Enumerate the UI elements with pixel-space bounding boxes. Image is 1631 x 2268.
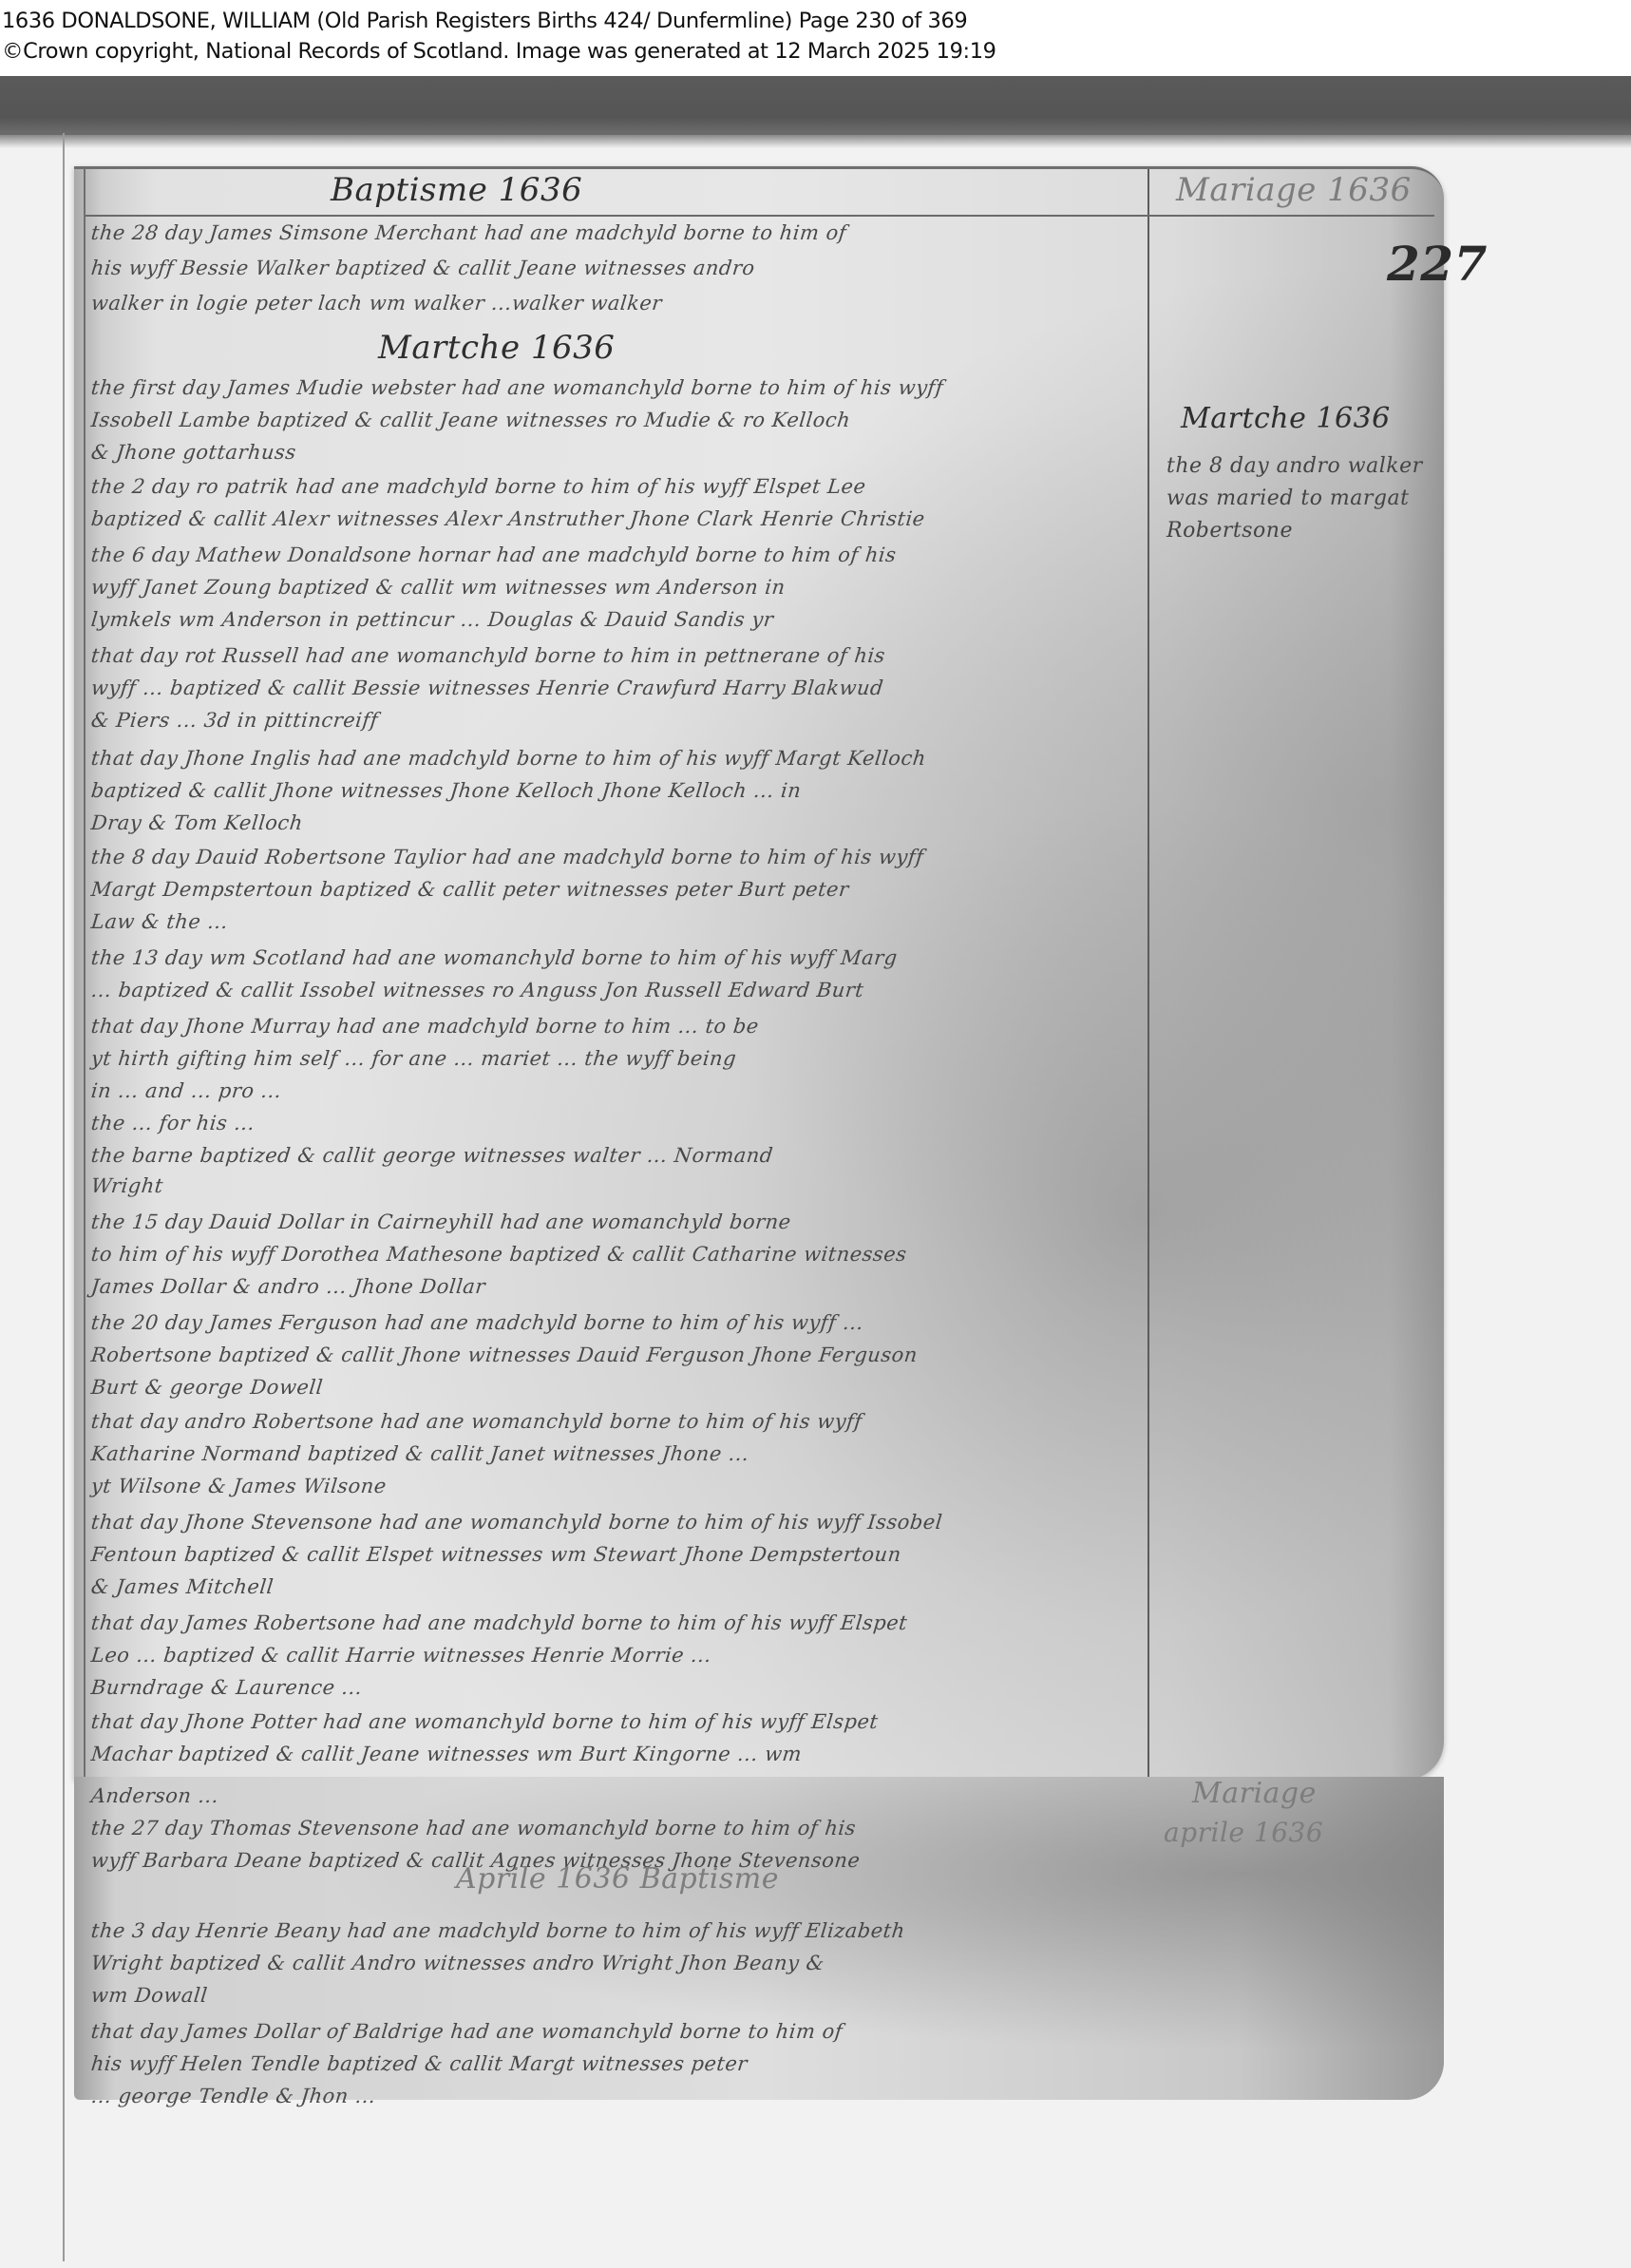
entry-line: Issobell Lambe baptized & callit Jeane w… [90,409,852,431]
heading-underline-rule [85,215,1434,217]
entry-line: Law & the ... [90,910,230,933]
entry-line: Wright [90,1174,164,1197]
entry-line: Anderson ... [90,1784,220,1807]
record-title-line: 1636 DONALDSONE, WILLIAM (Old Parish Reg… [2,6,1631,36]
entry-line: Margt Dempstertoun baptized & callit pet… [90,878,850,901]
section-heading-martche: Martche 1636 [378,329,615,367]
entry-line: the ... for his ... [90,1112,256,1134]
marginal-note-aprile: aprile 1636 [1164,1817,1323,1848]
entry-line: the 13 day wm Scotland had ane womanchyl… [90,946,899,969]
entry-line: James Dollar & andro ... Jhone Dollar [90,1275,487,1298]
entry-line: Wright baptized & callit Andro witnesses… [90,1952,825,1974]
column-divider-rule [1147,169,1149,1780]
entry-line: Dray & Tom Kelloch [90,811,304,834]
entry-line: that day rot Russell had ane womanchyld … [90,644,886,667]
entry-line: the 8 day Dauid Robertsone Taylior had a… [90,846,925,868]
entry-line: wyff Janet Zoung baptized & callit wm wi… [90,576,787,599]
scanner-shadow-band [0,76,1631,135]
entry-line: his wyff Bessie Walker baptized & callit… [90,257,756,279]
mariage-column-heading: Mariage 1636 [1176,171,1412,209]
marriage-note-line: the 8 day andro walker [1166,454,1423,478]
entry-line: Katharine Normand baptized & callit Jane… [90,1442,750,1465]
entry-line: ... baptized & callit Issobel witnesses … [90,979,865,1001]
entry-line: his wyff Helen Tendle baptized & callit … [90,2052,749,2075]
entry-line: that day Jhone Murray had ane madchyld b… [90,1015,760,1038]
marriage-note-line: was maried to margat [1166,486,1409,510]
entry-line: the 20 day James Ferguson had ane madchy… [90,1311,865,1334]
marginal-heading-mariage: Mariage [1192,1777,1317,1810]
entry-line: & Jhone gottarhuss [90,441,297,464]
entry-line: the 28 day James Simsone Merchant had an… [90,221,848,244]
copyright-line: ©Crown copyright, National Records of Sc… [2,36,1631,67]
entry-line: the first day James Mudie webster had an… [90,376,945,399]
entry-line: the 2 day ro patrik had ane madchyld bor… [90,475,867,498]
entry-line: that day andro Robertsone had ane womanc… [90,1410,863,1433]
entry-line: Fentoun baptized & callit Elspet witness… [90,1543,902,1566]
entry-line: the 6 day Mathew Donaldsone hornar had a… [90,543,898,566]
entry-line: the 27 day Thomas Stevensone had ane wom… [90,1817,857,1839]
entry-line: baptized & callit Jhone witnesses Jhone … [90,779,803,802]
entry-line: that day James Dollar of Baldrige had an… [90,2020,844,2043]
entry-line: baptized & callit Alexr witnesses Alexr … [90,507,926,530]
entry-line: the barne baptized & callit george witne… [90,1144,774,1167]
entry-line: wm Dowall [90,1984,209,2007]
entry-line: the 3 day Henrie Beany had ane madchyld … [90,1919,906,1942]
scanned-register-image: Baptisme 1636 Mariage 1636 227 the 28 da… [0,76,1631,2268]
marginal-heading-martche: Martche 1636 [1181,402,1391,435]
entry-line: that day James Robertsone had ane madchy… [90,1611,909,1634]
entry-line: Burt & george Dowell [90,1376,324,1399]
entry-line: yt hirth gifting him self ... for ane ..… [90,1047,738,1070]
image-caption-header: 1636 DONALDSONE, WILLIAM (Old Parish Reg… [0,0,1631,76]
entry-line: that day Jhone Inglis had ane madchyld b… [90,747,927,770]
entry-line: to him of his wyff Dorothea Mathesone ba… [90,1243,908,1266]
entry-line: yt Wilsone & James Wilsone [90,1475,388,1497]
entry-line: ... george Tendle & Jhon ... [90,2085,377,2107]
entry-line: in ... and ... pro ... [90,1079,283,1102]
folio-number: 227 [1387,236,1488,292]
marriage-note-line: Robertsone [1166,519,1293,543]
entry-line: Machar baptized & callit Jeane witnesses… [90,1743,804,1765]
entry-line: Robertsone baptized & callit Jhone witne… [90,1344,919,1366]
entry-line: that day Jhone Potter had ane womanchyld… [90,1710,880,1733]
entry-line: the 15 day Dauid Dollar in Cairneyhill h… [90,1210,792,1233]
entry-line: walker in logie peter lach wm walker ...… [90,292,663,314]
entry-line: wyff ... baptized & callit Bessie witnes… [90,677,885,699]
entry-line: & James Mitchell [90,1575,275,1598]
entry-line: that day Jhone Stevensone had ane womanc… [90,1511,944,1534]
binding-edge-line [63,133,65,2261]
section-heading-aprile: Aprile 1636 Baptisme [456,1862,779,1896]
entry-line: Burndrage & Laurence ... [90,1676,364,1699]
register-page: Baptisme 1636 Mariage 1636 227 the 28 da… [74,166,1444,1780]
entry-line: Leo ... baptized & callit Harrie witness… [90,1644,712,1667]
baptisme-column-heading: Baptisme 1636 [331,171,582,209]
entry-line: & Piers ... 3d in pittincreiff [90,709,380,732]
page-left-margin-rule [84,169,85,1780]
entry-line: lymkels wm Anderson in pettincur ... Dou… [90,608,775,631]
